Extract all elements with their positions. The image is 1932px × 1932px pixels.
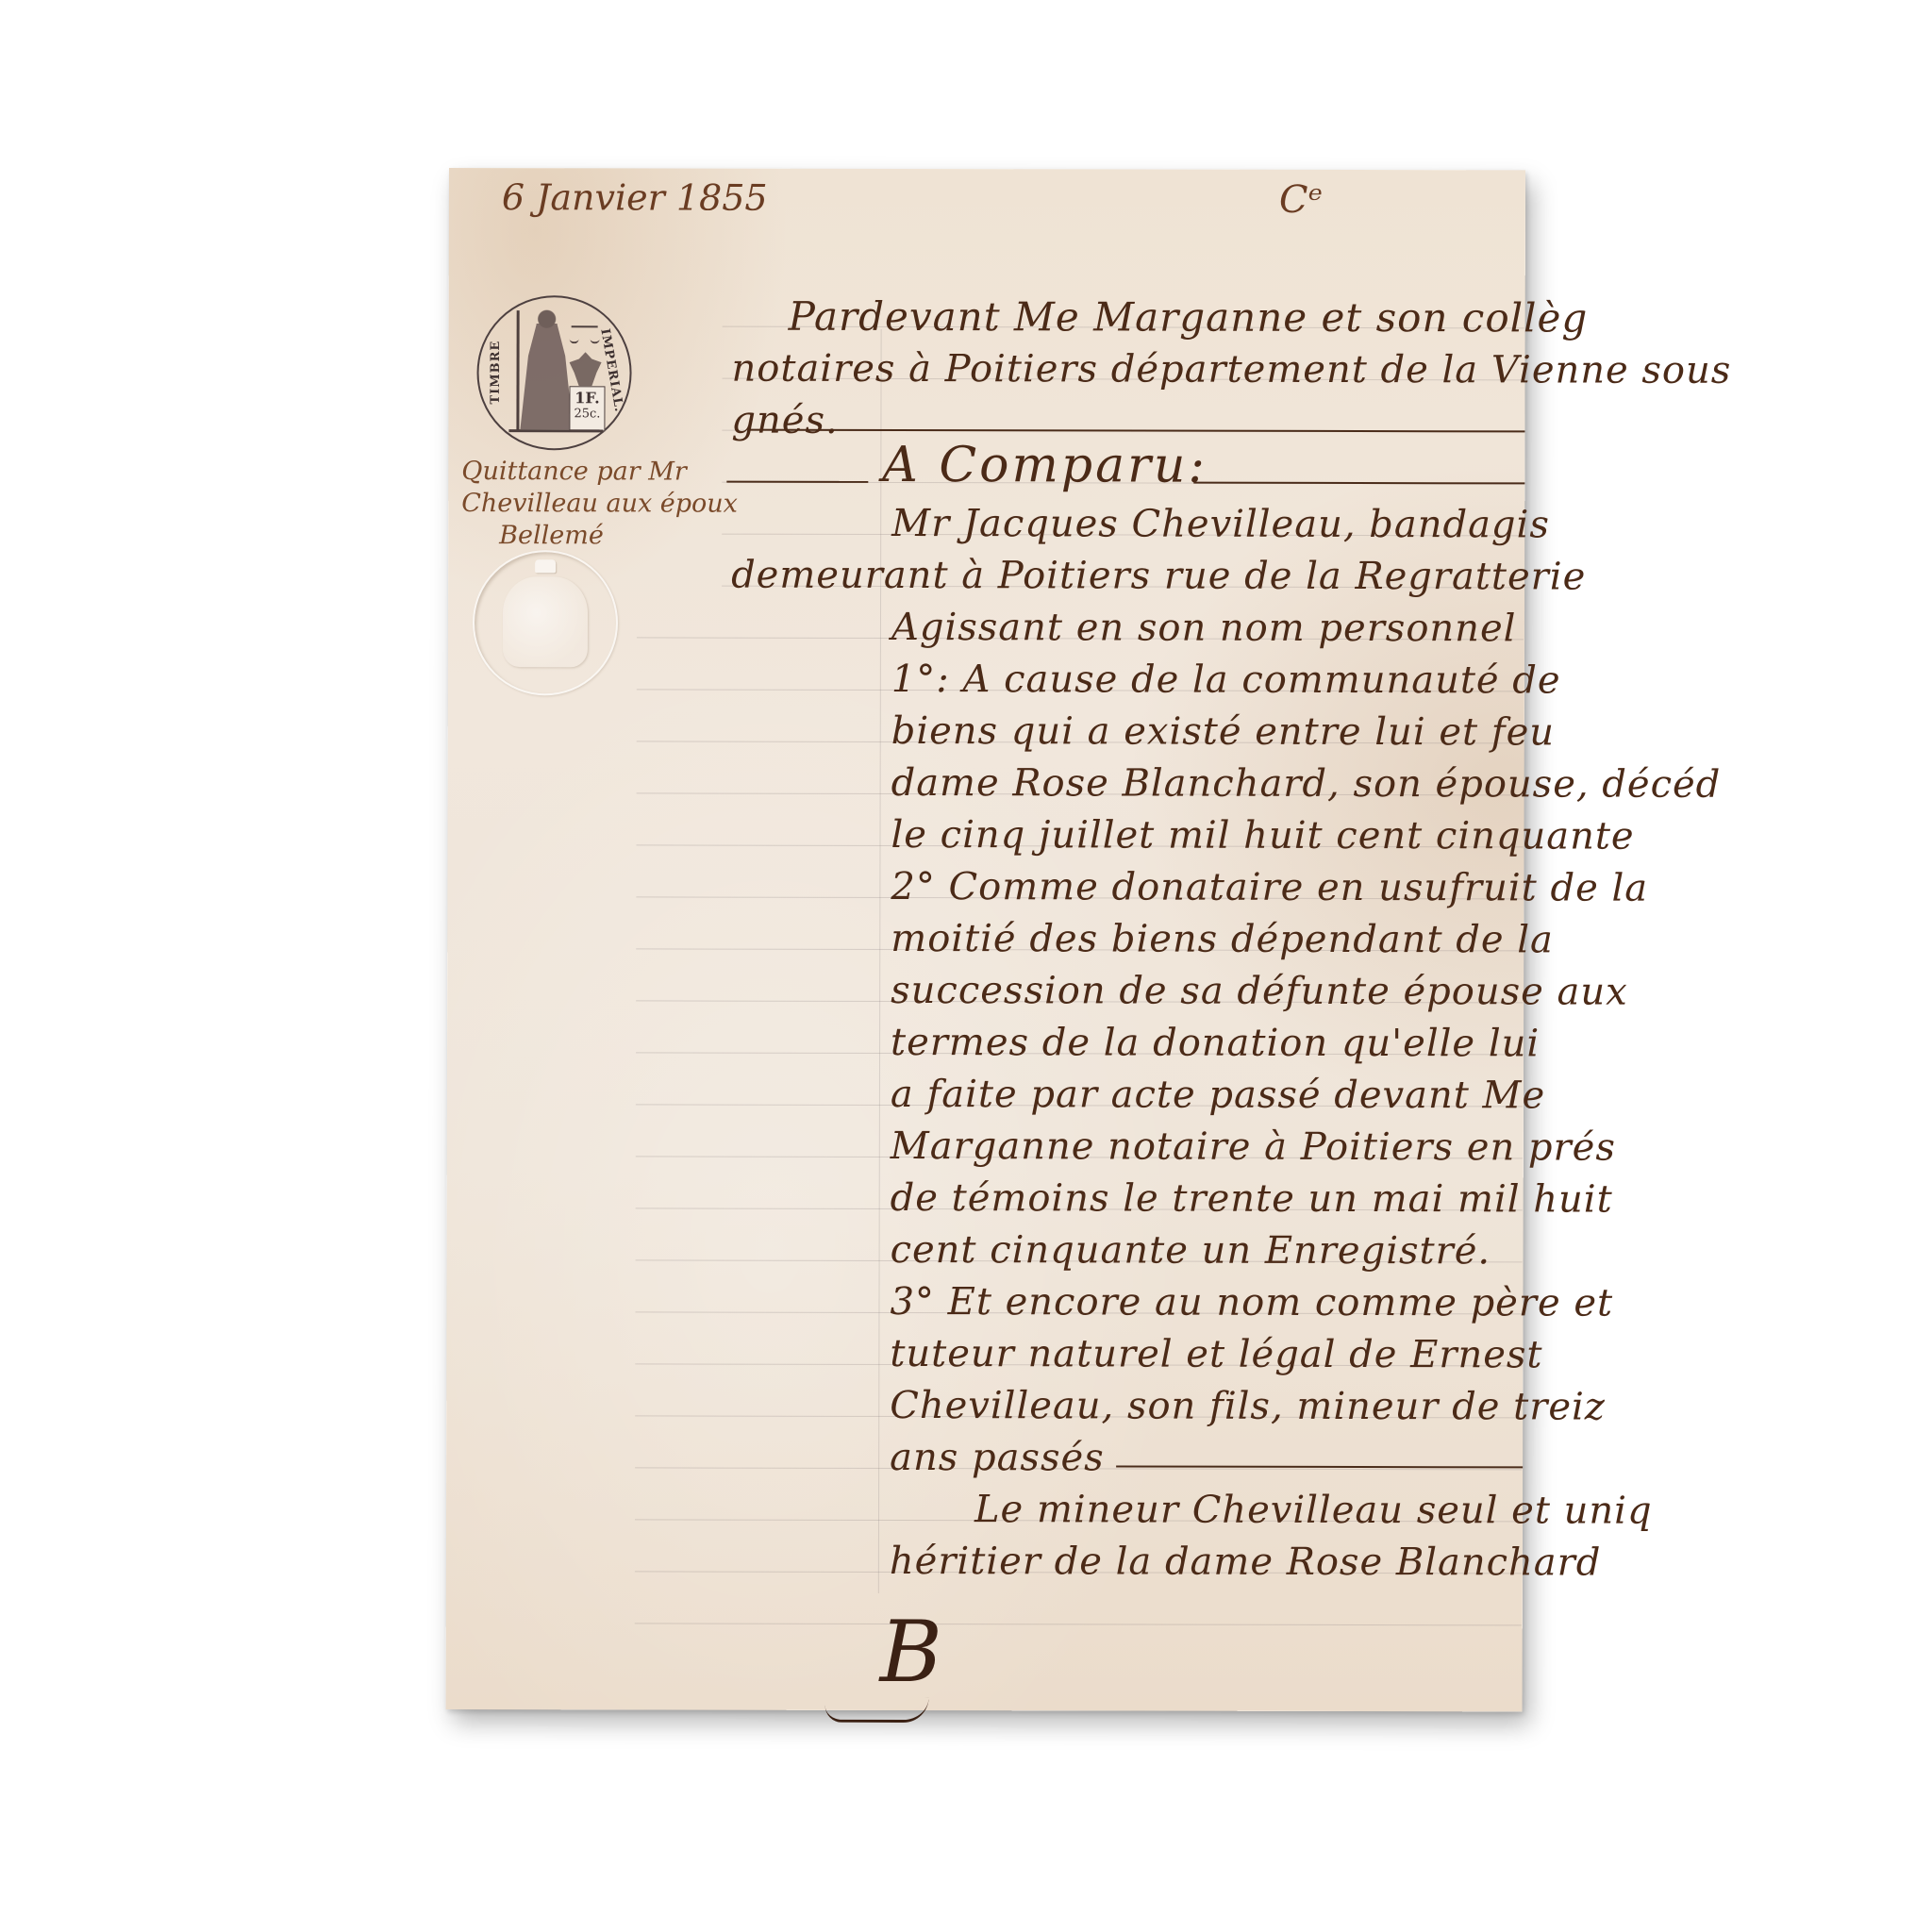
margin-note: Quittance par Mr Chevilleau aux époux Be… — [461, 456, 738, 552]
stamp-value-francs: 1F. — [570, 389, 604, 407]
deed-text-line: Le mineur Chevilleau seul et uniq — [974, 1491, 1653, 1530]
deed-text-line: ans passés — [890, 1439, 1105, 1476]
deed-text-line: de témoins le trente un mai mil huit — [891, 1179, 1613, 1219]
embossed-seal — [473, 550, 618, 695]
stamp-legend-left: TIMBRE — [489, 341, 503, 405]
heading-a-comparu: A Comparu: — [882, 441, 1207, 491]
deed-text-line: dame Rose Blanchard, son épouse, décéd — [891, 764, 1722, 804]
deed-text-line: cent cinquante un Enregistré. — [891, 1231, 1491, 1270]
deed-text-line: 1°: A cause de la communauté de — [891, 660, 1561, 699]
margin-guide-line — [878, 329, 882, 1593]
deed-text-line: moitié des biens dépendant de la — [891, 920, 1554, 958]
deed-text-line: 3° Et encore au nom comme père et — [890, 1283, 1613, 1323]
imperial-tax-stamp: TIMBRE IMPERIAL. 1F. 25c. — [476, 295, 631, 450]
deed-text-line: Mr Jacques Chevilleau, bandagis — [891, 505, 1550, 543]
margin-note-line: Bellemé — [461, 520, 738, 552]
deed-text-line: a faite par acte passé devant Me — [891, 1075, 1545, 1114]
stamp-spear-icon — [516, 310, 519, 431]
stamp-value: 1F. 25c. — [569, 386, 605, 431]
signature-flourish — [825, 1697, 929, 1723]
deed-text-line: demeurant à Poitiers rue de la Regratter… — [731, 557, 1586, 596]
ink-rule-after-gnes — [750, 429, 1524, 433]
deed-text-line: Marganne notaire à Poitiers en prés — [891, 1127, 1616, 1167]
deed-text-line: tuteur naturel et légal de Ernest — [890, 1335, 1542, 1374]
deed-text-line: héritier de la dame Rose Blanchard — [890, 1542, 1602, 1582]
notarial-deed-page: 6 Janvier 1855 Cᵉ TIMBRE IMPERIAL. 1F. 2… — [446, 168, 1525, 1711]
deed-text-line: Chevilleau, son fils, mineur de treiz — [890, 1387, 1606, 1426]
justice-figure-icon — [520, 307, 573, 429]
corner-mark: Cᵉ — [1279, 181, 1323, 219]
ink-rule-after-heading — [1193, 482, 1524, 485]
deed-text-line: Pardevant Me Marganne et son collèg — [789, 297, 1589, 339]
eagle-icon — [570, 352, 602, 386]
deed-text-line: notaires à Poitiers département de la Vi… — [732, 350, 1732, 390]
eagle-emblem-icon — [503, 576, 588, 667]
stamp-base-line — [508, 429, 603, 432]
margin-note-line: Quittance par Mr — [461, 456, 738, 488]
ruled-guide-line — [635, 1623, 1522, 1625]
deed-text-line: Agissant en son nom personnel — [891, 608, 1517, 647]
deed-text-line: biens qui a existé entre lui et feu — [891, 712, 1555, 751]
scales-icon — [572, 325, 598, 348]
deed-text-line: gnés. — [731, 402, 838, 440]
deed-text-line: 2° Comme donataire en usufruit de la — [891, 868, 1648, 908]
date-heading: 6 Janvier 1855 — [502, 179, 768, 216]
deed-text-line: le cinq juillet mil huit cent cinquante — [891, 816, 1634, 856]
margin-note-line: Chevilleau aux époux — [461, 488, 738, 520]
ink-rule-before-heading — [726, 481, 868, 483]
deed-text-line: succession de sa défunte épouse aux — [891, 972, 1628, 1011]
crown-icon — [535, 559, 556, 573]
signature-paraph: B — [880, 1603, 942, 1702]
stamp-value-centimes: 25c. — [570, 407, 604, 421]
deed-text-line: termes de la donation qu'elle lui — [891, 1024, 1540, 1062]
